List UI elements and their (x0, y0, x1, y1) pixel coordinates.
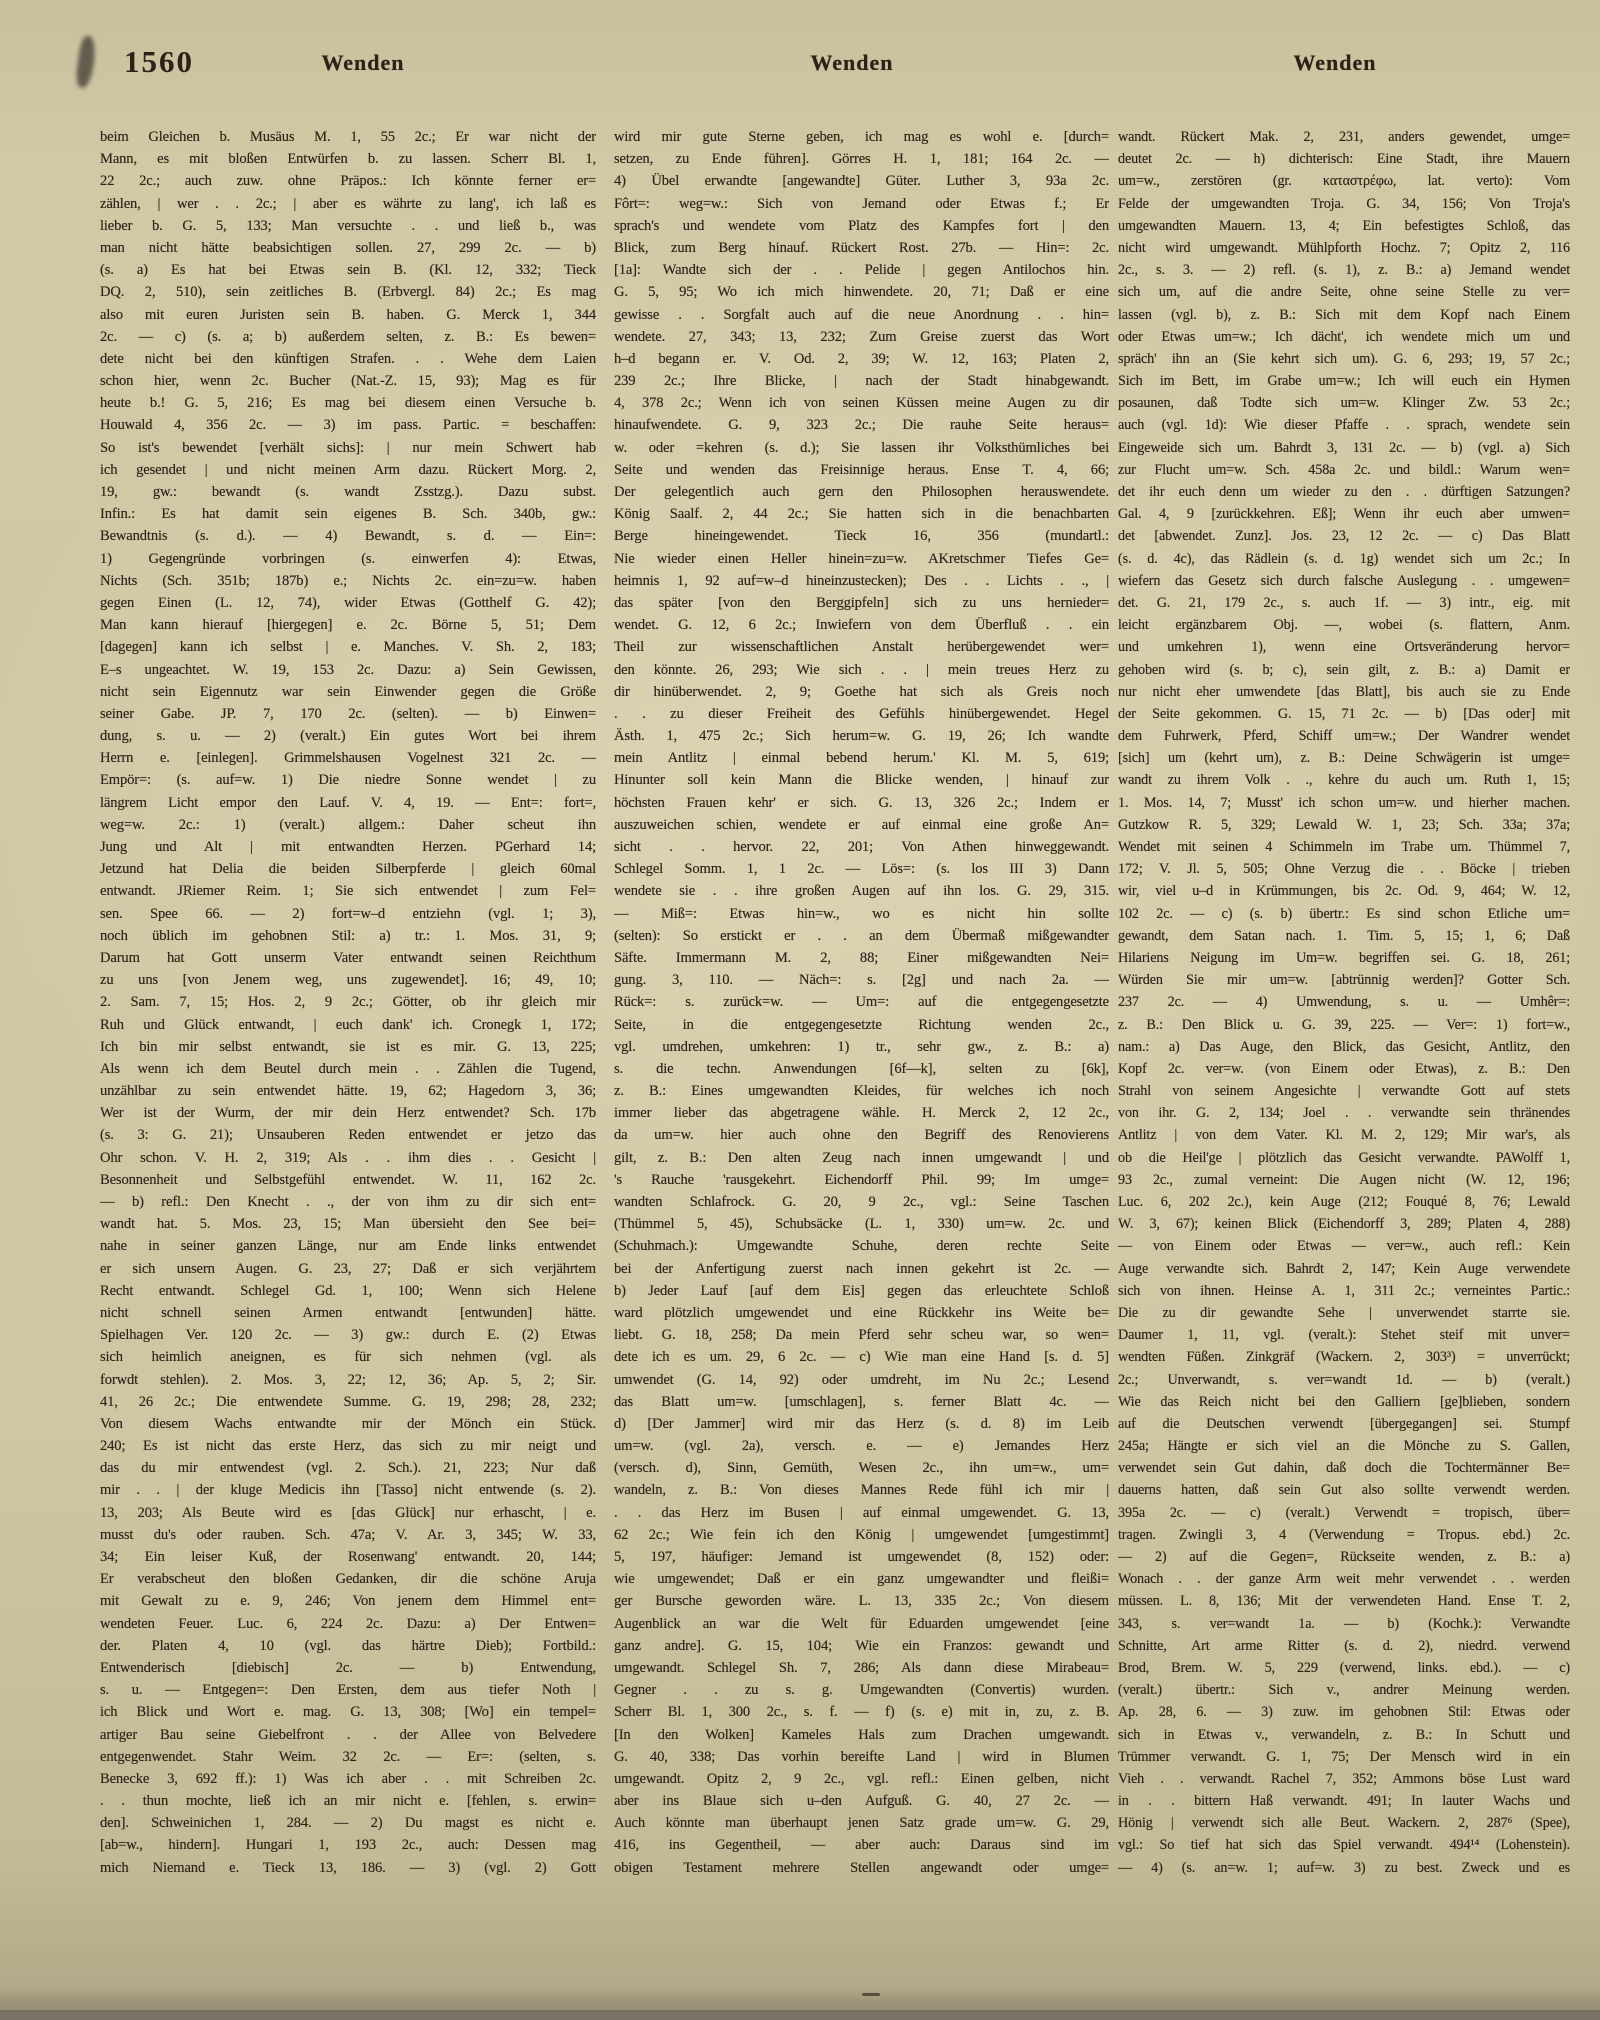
text-line: Die zu dir gewandte Sehe | unverwendet s… (1118, 1302, 1570, 1324)
text-line: gung. 3, 110. — Näch=: s. [2g] und nach … (614, 969, 1109, 991)
text-line: lassen (vgl. b), z. B.: Sich mit dem Kop… (1118, 304, 1570, 326)
text-line: z. B.: Eines umgewandten Kleides, für we… (614, 1080, 1109, 1102)
text-line: von ihr. G. 2, 134; Joel . . verwandte s… (1118, 1102, 1570, 1124)
text-line: oder Etwas um=w.; Ich dächt', ich wendet… (1118, 326, 1570, 348)
text-line: 13, 203; Als Beute wird es [das Glück] n… (100, 1502, 596, 1524)
text-line: wendten Füßen. Zinkgräf (Wackern. 2, 303… (1118, 1346, 1570, 1368)
text-line: 395a 2c. — c) (veralt.) Verwendt = tropi… (1118, 1502, 1570, 1524)
text-line: [1a]: Wandte sich der . . Pelide | gegen… (614, 259, 1109, 281)
text-line: Der gelegentlich auch gern den Philosoph… (614, 481, 1109, 503)
text-line: man nicht hätte beabsichtigen sollen. 27… (100, 237, 596, 259)
text-column-1: beim Gleichen b. Musäus M. 1, 55 2c.; Er… (100, 126, 596, 1879)
text-line: spräch' ihn an (Sie kehrt sich um). G. 6… (1118, 348, 1570, 370)
text-line: Scherr Bl. 1, 300 2c., s. f. — f) (s. e)… (614, 1701, 1109, 1723)
text-line: der. Platen 4, 10 (vgl. das härtre Dieb)… (100, 1635, 596, 1657)
text-line: das du mir entwendest (vgl. 2. Sch.). 21… (100, 1457, 596, 1479)
text-line: liebt. G. 18, 258; Da mein Pferd sehr sc… (614, 1324, 1109, 1346)
text-line: dung, s. u. — 2) (veralt.) Ein gutes Wor… (100, 725, 596, 747)
text-line: sich von ihnen. Heinse A. 1, 311 2c.; ve… (1118, 1280, 1570, 1302)
text-line: — 4) (s. an=w. 1; auf=w. 3) zu best. Zwe… (1118, 1857, 1570, 1879)
text-line: dauerns hatten, daß sein Gut also sollte… (1118, 1479, 1570, 1501)
text-line: müssen. L. 8, 136; Mit der verwendeten H… (1118, 1590, 1570, 1612)
text-line: Ruh und Glück entwandt, | euch dank' ich… (100, 1014, 596, 1036)
text-line: Berge hineingewendet. Tieck 16, 356 (mun… (614, 525, 1109, 547)
text-line: 1) Gegengründe vorbringen (s. einwerfen … (100, 548, 596, 570)
text-line: So ist's bewendet [verhält sichs]: | nur… (100, 437, 596, 459)
text-line: Herrn e. [einlegen]. Grimmelshausen Voge… (100, 747, 596, 769)
text-line: unzählbar zu sein entwendet hätte. 19, 6… (100, 1080, 596, 1102)
text-line: dem Fuhrwerk, Pferd, Schiff um=w.; Der W… (1118, 725, 1570, 747)
text-line: [dagegen] kann ich selbst | e. Manches. … (100, 636, 596, 658)
text-line: 2. Sam. 7, 15; Hos. 2, 9 2c.; Götter, ob… (100, 991, 596, 1013)
text-line: beim Gleichen b. Musäus M. 1, 55 2c.; Er… (100, 126, 596, 148)
text-line: [sich] um (kehrt um), z. B.: Deine Schwä… (1118, 747, 1570, 769)
text-line: (s. 3: G. 21); Unsauberen Reden entwende… (100, 1124, 596, 1146)
text-line: Besonnenheit und Selbstgefühl entwendet.… (100, 1169, 596, 1191)
text-line: (Thümmel 5, 45), Schubsäcke (L. 1, 330) … (614, 1213, 1109, 1235)
text-line: Gegner . . zu s. g. Umgewandten (Convert… (614, 1679, 1109, 1701)
text-line: nur nicht eher umwendete [das Blatt], bi… (1118, 681, 1570, 703)
text-line: Ich bin mir selbst entwandt, sie ist es … (100, 1036, 596, 1058)
text-line: längrem Licht empor den Lauf. V. 4, 19. … (100, 792, 596, 814)
text-line: nam.: a) Das Auge, den Blick, das Gesich… (1118, 1036, 1570, 1058)
text-line: umgewandt. Opitz 2, 9 2c., vgl. refl.: E… (614, 1768, 1109, 1790)
text-line: 19, gw.: bewandt (s. wandt Zsstzg.). Daz… (100, 481, 596, 503)
text-line: das Blatt um=w. [umschlagen], s. ferner … (614, 1391, 1109, 1413)
text-line: det [abwendet. Zunz]. Jos. 23, 12 2c. — … (1118, 525, 1570, 547)
text-line: 343, s. ver=wandt 1a. — b) (Kochk.): Ver… (1118, 1613, 1570, 1635)
text-line: Als wenn ich dem Beutel durch mein . . Z… (100, 1058, 596, 1080)
text-line: Antlitz | von dem Vater. Kl. M. 2, 129; … (1118, 1124, 1570, 1146)
text-line: Darum hat Gott unserm Vater entwandt sei… (100, 947, 596, 969)
text-line: höchsten Frauen kehr' er sich. G. 13, 32… (614, 792, 1109, 814)
text-line: und umkehren 1), wenn eine Ortsveränderu… (1118, 636, 1570, 658)
text-line: setzen, zu Ende führen]. Görres H. 1, 18… (614, 148, 1109, 170)
text-line: 's Rauche 'rausgekehrt. Eichendorff Phil… (614, 1169, 1109, 1191)
text-line: Wendet mit seinen 4 Schimmeln im Trabe u… (1118, 836, 1570, 858)
text-line: dete ich es um. 29, 6 2c. — c) Wie man e… (614, 1346, 1109, 1368)
text-line: — von Einem oder Etwas — ver=w., auch re… (1118, 1235, 1570, 1257)
text-line: Jung und Alt | mit entwandten Herzen. PG… (100, 836, 596, 858)
running-head-column-2: Wenden (752, 50, 952, 76)
text-line: . . das Herz im Busen | auf einmal umgew… (614, 1502, 1109, 1524)
text-line: da um=w. hier auch ohne den Begriff des … (614, 1124, 1109, 1146)
text-line: Benecke 3, 692 ff.): 1) Was ich aber . .… (100, 1768, 596, 1790)
text-line: 1. Mos. 14, 7; Musst' ich schon um=w. un… (1118, 792, 1570, 814)
text-line: umwendet (G. 14, 92) oder umdreht, im Nu… (614, 1369, 1109, 1391)
text-line: Brod, Brem. W. 5, 229 (verwend, links. e… (1118, 1657, 1570, 1679)
text-line: bei der Anfertigung zuerst nach innen ge… (614, 1258, 1109, 1280)
text-line: das später [von den Berggipfeln] sich zu… (614, 592, 1109, 614)
text-line: sich heimlich aneignen, es für sich nehm… (100, 1346, 596, 1368)
text-line: Bewandtnis (s. d.). — 4) Bewandt, s. d. … (100, 525, 596, 547)
page-number: 1560 (124, 44, 194, 80)
text-line: d) [Der Jammer] wird mir das Herz (s. d.… (614, 1413, 1109, 1435)
text-line: mich Niemand e. Tieck 13, 186. — 3) (vgl… (100, 1857, 596, 1879)
text-line: ob die Heil'ge | plötzlich das Gesicht v… (1118, 1147, 1570, 1169)
text-line: Daumer 1, 11, vgl. (veralt.): Stehet ste… (1118, 1324, 1570, 1346)
text-line: Blick, zum Berg hinauf. Rückert Rost. 27… (614, 237, 1109, 259)
text-line: ward plötzlich umgewendet und eine Rückk… (614, 1302, 1109, 1324)
text-line: Schlegel Somm. 1, 1 2c. — Lös=: (s. los … (614, 858, 1109, 880)
text-line: 22 2c.; auch zuw. ohne Präpos.: Ich könn… (100, 170, 596, 192)
text-line: Schnitte, Art arme Ritter (s. d. 2), nie… (1118, 1635, 1570, 1657)
text-line: b) Jeder Lauf [auf dem Eis] gegen das er… (614, 1280, 1109, 1302)
text-line: ganz andre]. G. 15, 104; Wie ein Franzos… (614, 1635, 1109, 1657)
text-line: Recht entwandt. Schlegel Gd. 1, 100; Wen… (100, 1280, 596, 1302)
text-line: also mit euren Juristen sein B. haben. G… (100, 304, 596, 326)
text-line: immer lieber das abgetragene wähle. H. M… (614, 1102, 1109, 1124)
text-line: nahe in seiner ganzen Länge, nur am Ende… (100, 1235, 596, 1257)
text-line: s. die techn. Anwendungen [6f—k], selten… (614, 1058, 1109, 1080)
text-line: 93 2c., zumal verneint: Die Augen nicht … (1118, 1169, 1570, 1191)
text-line: Man kann hierauf [hiergegen] e. 2c. Börn… (100, 614, 596, 636)
text-line: Auge verwandte sich. Bahrdt 2, 147; Kein… (1118, 1258, 1570, 1280)
text-line: Von diesem Wachs entwandte mir der Mönch… (100, 1413, 596, 1435)
text-line: 5, 197, häufiger: Jemand ist umgewendet … (614, 1546, 1109, 1568)
text-line: dete nicht bei den künftigen Strafen. . … (100, 348, 596, 370)
running-head-column-1: Wenden (263, 50, 463, 76)
text-line: auf die Deutschen verwendt [übergegangen… (1118, 1413, 1570, 1435)
text-line: posaunen, daß Todte sich um=w. Klinger Z… (1118, 392, 1570, 414)
text-line: wandeln, z. B.: Von dieses Mannes Rede f… (614, 1479, 1109, 1501)
text-line: Rück=: s. zurück=w. — Um=: auf die entge… (614, 991, 1109, 1013)
text-line: sen. Spee 66. — 2) fort=w–d entziehn (vg… (100, 903, 596, 925)
text-line: dir hinüberwendet. 2, 9; Goethe hat sich… (614, 681, 1109, 703)
text-line: sprach's und wendete vom Platz des Kampf… (614, 215, 1109, 237)
text-line: G. 40, 338; Das vorhin bereifte Land | w… (614, 1746, 1109, 1768)
text-line: Würden Sie mir um=w. [abtrünnig werden]?… (1118, 969, 1570, 991)
text-line: (selten): So erstickt er . . an dem Über… (614, 925, 1109, 947)
text-line: Sich im Bett, im Grabe um=w.; Ich will e… (1118, 370, 1570, 392)
text-line: w. oder =kehren (s. d.); Sie lassen ihr … (614, 437, 1109, 459)
text-line: Vieh . . verwandt. Rachel 7, 352; Ammons… (1118, 1768, 1570, 1790)
text-line: wird mir gute Sterne geben, ich mag es w… (614, 126, 1109, 148)
scan-edge-bottom (0, 2010, 1600, 2020)
text-line: Ohr schon. V. H. 2, 319; Als . . ihm die… (100, 1147, 596, 1169)
text-line: E–s ungeachtet. W. 19, 153 2c. Dazu: a) … (100, 659, 596, 681)
text-line: sich um, auf die andre Seite, ohne seine… (1118, 281, 1570, 303)
text-line: forwdt stehlen). 2. Mos. 3, 22; 12, 36; … (100, 1369, 596, 1391)
scanned-dictionary-page: 1560 Wenden Wenden Wenden beim Gleichen … (0, 0, 1600, 2020)
text-column-2: wird mir gute Sterne geben, ich mag es w… (614, 126, 1109, 1879)
text-line: 237 2c. — 4) Umwendung, s. u. — Umhêr=: (1118, 991, 1570, 1013)
text-line: deutet 2c. — h) dichterisch: Eine Stadt,… (1118, 148, 1570, 170)
text-line: Kopf 2c. ver=w. (von Einem oder Etwas), … (1118, 1058, 1570, 1080)
text-line: Säfte. Immermann M. 2, 88; Einer mißgewa… (614, 947, 1109, 969)
text-line: 245a; Hängte er sich viel an die Mönche … (1118, 1435, 1570, 1457)
text-line: 4, 378 2c.; Wenn ich von seinen Küssen m… (614, 392, 1109, 414)
text-line: nicht sein Eigennutz war sein Einwender … (100, 681, 596, 703)
text-line: wendete. 27, 343; 13, 232; Zum Greise zu… (614, 326, 1109, 348)
text-line: zählen, | wer . . 2c.; | aber es währte … (100, 193, 596, 215)
text-line: Trümmer verwandt. G. 1, 75; Der Mensch w… (1118, 1746, 1570, 1768)
text-line: wendeten Feuer. Luc. 6, 224 2c. Dazu: a)… (100, 1613, 596, 1635)
text-line: noch üblich im gehobnen Stil: a) tr.: 1.… (100, 925, 596, 947)
text-line: er sich unsern Augen. G. 23, 27; Daß er … (100, 1258, 596, 1280)
text-line: mein Antlitz | einmal bebend herum.' Kl.… (614, 747, 1109, 769)
text-line: 416, ins Gegentheil, — aber auch: Daraus… (614, 1834, 1109, 1856)
text-line: gewandt, dem Satan nach. 1. Tim. 5, 15; … (1118, 925, 1570, 947)
text-line: W. 3, 67); keinen Blick (Eichendorff 3, … (1118, 1213, 1570, 1235)
text-line: auszuweichen schien, wendete er auf einm… (614, 814, 1109, 836)
text-line: hinaufwendete. G. 9, 323 2c.; Die rauhe … (614, 414, 1109, 436)
text-line: wandten Schlafrock. G. 20, 9 2c., vgl.: … (614, 1191, 1109, 1213)
text-line: [ab=w., hindern]. Hungari 1, 193 2c., au… (100, 1834, 596, 1856)
text-line: Wer ist der Wurm, der mir dein Herz entw… (100, 1102, 596, 1124)
text-line: Hönig | verwendt sich alle Beut. Wackern… (1118, 1812, 1570, 1834)
text-line: (veralt.) übertr.: Sich v., andrer Meinu… (1118, 1679, 1570, 1701)
text-line: vgl.: So tief hat sich das Spiel verwand… (1118, 1834, 1570, 1856)
text-line: 2c.; Unverwandt, s. ver=wandt 1d. — b) (… (1118, 1369, 1570, 1391)
text-line: — b) refl.: Den Knecht . ., der von ihm … (100, 1191, 596, 1213)
text-line: lieber b. G. 5, 133; Man versuchte . . u… (100, 215, 596, 237)
text-line: mit Gewalt zu e. 9, 246; Von jenem dem H… (100, 1590, 596, 1612)
text-line: weg=w. 2c.: 1) (veralt.) allgem.: Daher … (100, 814, 596, 836)
text-line: Wonach . . der ganze Arm weit mehr verwe… (1118, 1568, 1570, 1590)
text-line: Eingeweide sich um. Bahrdt 3, 131 2c. — … (1118, 437, 1570, 459)
text-line: wandt zu ihrem Volk . ., kehre du auch u… (1118, 769, 1570, 791)
text-line: Theil zur wissenschaftlichen Anstalt her… (614, 636, 1109, 658)
text-line: Nie wieder einen Heller hinein=zu=w. AKr… (614, 548, 1109, 570)
text-line: Gutzkow R. 5, 329; Lewald W. 1, 23; Sch.… (1118, 814, 1570, 836)
text-line: 240; Es ist nicht das erste Herz, das si… (100, 1435, 596, 1457)
text-line: den könnte. 26, 293; Wie sich . . | mein… (614, 659, 1109, 681)
text-line: König Saalf. 2, 44 2c.; Sie hatten sich … (614, 503, 1109, 525)
text-column-3: wandt. Rückert Mak. 2, 231, anders gewen… (1118, 126, 1570, 1879)
text-line: mir . . | der kluge Medicis ihn [Tasso] … (100, 1479, 596, 1501)
text-line: det ihr euch denn um wieder zu den . . d… (1118, 481, 1570, 503)
text-line: — 2) auf die Gegen=, Rückseite wenden, z… (1118, 1546, 1570, 1568)
text-line: wir, viel u–d in Krümmungen, bis 2c. Od.… (1118, 880, 1570, 902)
text-line: Seite und wenden das Freisinnige heraus.… (614, 459, 1109, 481)
text-line: ich gesendet | und nicht meinen Arm dazu… (100, 459, 596, 481)
text-line: (Schuhmach.): Umgewandte Schuhe, deren r… (614, 1235, 1109, 1257)
text-line: gehoben wird (s. b; c), sein gilt, z. B.… (1118, 659, 1570, 681)
text-line: musst du's oder rauben. Sch. 47a; V. Ar.… (100, 1524, 596, 1546)
text-line: Auch könnte man überhaupt jenen Satz gra… (614, 1812, 1109, 1834)
text-line: artiger Bau seine Giebelfront . . der Al… (100, 1724, 596, 1746)
text-line: nicht schnell seinen Armen entwandt [ent… (100, 1302, 596, 1324)
text-line: Spielhagen Ver. 120 2c. — 3) gw.: durch … (100, 1324, 596, 1346)
text-line: ger Bursche geworden wäre. L. 13, 335 2c… (614, 1590, 1109, 1612)
text-line: Hinunter soll kein Mann die Blicke wende… (614, 769, 1109, 791)
text-line: Ästh. 1, 475 2c.; Sich herum=w. G. 19, 2… (614, 725, 1109, 747)
scan-edge-shadow (0, 1986, 1600, 2012)
text-line: DQ. 2, 510), sein zeitliches B. (Erbverg… (100, 281, 596, 303)
text-line: wandt. Rückert Mak. 2, 231, anders gewen… (1118, 126, 1570, 148)
text-line: (s. d. 4c), das Rädlein (s. d. 1g) wende… (1118, 548, 1570, 570)
text-line: wie umgewendet; Daß er ein ganz umgewand… (614, 1568, 1109, 1590)
text-line: Gal. 4, 9 [zurückkehren. Eß]; Wenn ihr e… (1118, 503, 1570, 525)
text-line: seiner Gabe. JP. 7, 170 2c. (selten). — … (100, 703, 596, 725)
text-line: der Seite gekommen. G. 15, 71 2c. — b) [… (1118, 703, 1570, 725)
text-line: — Miß=: Etwas hin=w., wo es nicht hin so… (614, 903, 1109, 925)
text-line: wendete sie . . ihre großen Augen auf ih… (614, 880, 1109, 902)
text-line: Jetzund hat Delia die beiden Silberpferd… (100, 858, 596, 880)
text-line: wendet. G. 12, 6 2c.; Inwiefern von dem … (614, 614, 1109, 636)
text-line: Empör=: (s. auf=w. 1) Die niedre Sonne w… (100, 769, 596, 791)
text-line: entgegenwendet. Stahr Weim. 32 2c. — Er=… (100, 1746, 596, 1768)
text-line: sicht . . hervor. 22, 201; Von Athen hin… (614, 836, 1109, 858)
scan-artifact-corner (74, 35, 97, 89)
text-line: tragen. Zwingli 3, 4 (Verwendung = Tropu… (1118, 1524, 1570, 1546)
text-line: 62 2c.; Wie fein ich den König | umgewen… (614, 1524, 1109, 1546)
text-line: zur Flucht um=w. Sch. 458a 2c. und bildl… (1118, 459, 1570, 481)
text-line: leicht ergänzbarem Obj. —, wobei (s. fla… (1118, 614, 1570, 636)
text-line: Wie das Reich nicht bei den Galliern [ge… (1118, 1391, 1570, 1413)
text-line: h–d begann er. V. Od. 2, 39; W. 12, 163;… (614, 348, 1109, 370)
text-line: (s. a) Es hat bei Etwas sein B. (Kl. 12,… (100, 259, 596, 281)
text-line: sich in Etwas v., verwandeln, z. B.: In … (1118, 1724, 1570, 1746)
text-line: Er verabscheut den bloßen Gedanken, dir … (100, 1568, 596, 1590)
text-line: (versch. d), Sinn, Gemüth, Wesen 2c., ih… (614, 1457, 1109, 1479)
text-line: Hilariens Neigung im Um=w. begriffen sei… (1118, 947, 1570, 969)
text-line: Ap. 28, 6. — 3) zuw. im gehobnen Stil: E… (1118, 1701, 1570, 1723)
text-line: z. B.: Den Blick u. G. 39, 225. — Ver=: … (1118, 1014, 1570, 1036)
text-line: Luc. 6, 202 2c.), kein Auge (212; Fouqué… (1118, 1191, 1570, 1213)
text-line: obigen Testament mehrere Stellen angewan… (614, 1857, 1109, 1879)
text-line: det. G. 21, 179 2c., s. auch 1f. — 3) in… (1118, 592, 1570, 614)
text-line: um=w., zerstören (gr. καταστρέφω, lat. v… (1118, 170, 1570, 192)
text-line: entwandt. JRiemer Reim. 1; Sie sich entw… (100, 880, 596, 902)
text-line: wiefern das Gesetz sich durch falsche Au… (1118, 570, 1570, 592)
text-line: nicht wird umgewandt. Mühlpforth Hochz. … (1118, 237, 1570, 259)
text-line: G. 5, 95; Wo ich mich hinwendete. 20, 71… (614, 281, 1109, 303)
text-line: gilt, z. B.: Den alten Zeug nach innen u… (614, 1147, 1109, 1169)
text-line: Infin.: Es hat damit sein eigenes B. Sch… (100, 503, 596, 525)
text-line: vgl. umdrehen, umkehren: 1) tr., sehr gw… (614, 1036, 1109, 1058)
text-line: Seite, in die entgegengesetzte Richtung … (614, 1014, 1109, 1036)
text-line: 239 2c.; Ihre Blicke, | nach der Stadt h… (614, 370, 1109, 392)
text-line: um=w. (vgl. 2a), versch. e. — e) Jemande… (614, 1435, 1109, 1457)
text-line: heute b.! G. 5, 216; Es mag bei diesem e… (100, 392, 596, 414)
text-line: Nichts (Sch. 351b; 187b) e.; Nichts 2c. … (100, 570, 596, 592)
text-line: auch (vgl. 1d): Wie dieser Pfaffe . . sp… (1118, 414, 1570, 436)
text-line: zu uns [von Jenem weg, uns zugewendet]. … (100, 969, 596, 991)
text-line: 34; Ein leiser Kuß, der Rosenwang' entwa… (100, 1546, 596, 1568)
running-head-column-3: Wenden (1235, 50, 1435, 76)
text-line: 2c. — c) (s. a; b) außerdem selten, z. B… (100, 326, 596, 348)
text-line: Felde der umgewandten Troja. G. 34, 156;… (1118, 193, 1570, 215)
text-line: 41, 26 2c.; Die entwendete Summe. G. 19,… (100, 1391, 596, 1413)
text-line: aber ins Blaue sich u–den Aufguß. G. 40,… (614, 1790, 1109, 1812)
text-line: [In den Wolken] Kameles Hals zum Drachen… (614, 1724, 1109, 1746)
text-line: umgewandt. Schlegel Sh. 7, 286; Als dann… (614, 1657, 1109, 1679)
text-line: s. u. — Entgegen=: Den Ersten, dem aus t… (100, 1679, 596, 1701)
text-line: Strahl von seinem Angesichte | verwandte… (1118, 1080, 1570, 1102)
text-line: 4) Übel erwandte [angewandte] Güter. Lut… (614, 170, 1109, 192)
text-line: . . thun mochte, ließ ich an mir nicht e… (100, 1790, 596, 1812)
text-line: umgewandten Mauern. 13, 4; Ein befestigt… (1118, 215, 1570, 237)
text-line: 172; V. Jl. 5, 505; Ohne Verzug die . . … (1118, 858, 1570, 880)
text-line: gewisse . . Sorgfalt auch auf die neue A… (614, 304, 1109, 326)
text-line: ich Blick und Wort e. mag. G. 13, 308; [… (100, 1701, 596, 1723)
text-line: in . . bittern Haß verwandt. 491; In lau… (1118, 1790, 1570, 1812)
text-line: Augenblick an war die Welt für Eduarden … (614, 1613, 1109, 1635)
text-line: wandt hat. 5. Mos. 23, 15; Man übersieht… (100, 1213, 596, 1235)
text-line: schon hier, wenn 2c. Bucher (Nat.-Z. 15,… (100, 370, 596, 392)
text-line: Entwenderisch [diebisch] 2c. — b) Entwen… (100, 1657, 596, 1679)
text-line: den]. Schweinichen 1, 284. — 2) Du magst… (100, 1812, 596, 1834)
text-line: . . zu dieser Freiheit des Gefühls hinüb… (614, 703, 1109, 725)
text-line: heimnis 1, 92 auf=w–d hineinzustecken); … (614, 570, 1109, 592)
text-line: Fôrt=: weg=w.: Sich von Jemand oder Etwa… (614, 193, 1109, 215)
text-line: Houwald 4, 356 2c. — 3) im pass. Partic.… (100, 414, 596, 436)
text-line: Mann, es mit bloßen Entwürfen b. zu lass… (100, 148, 596, 170)
text-line: 102 2c. — c) (s. b) übertr.: Es sind sch… (1118, 903, 1570, 925)
text-line: gegen Einen (L. 12, 74), wider Etwas (Go… (100, 592, 596, 614)
text-line: 2c., s. 3. — 2) refl. (s. 1), z. B.: a) … (1118, 259, 1570, 281)
text-line: verwendet sein Gut dahin, daß doch die T… (1118, 1457, 1570, 1479)
